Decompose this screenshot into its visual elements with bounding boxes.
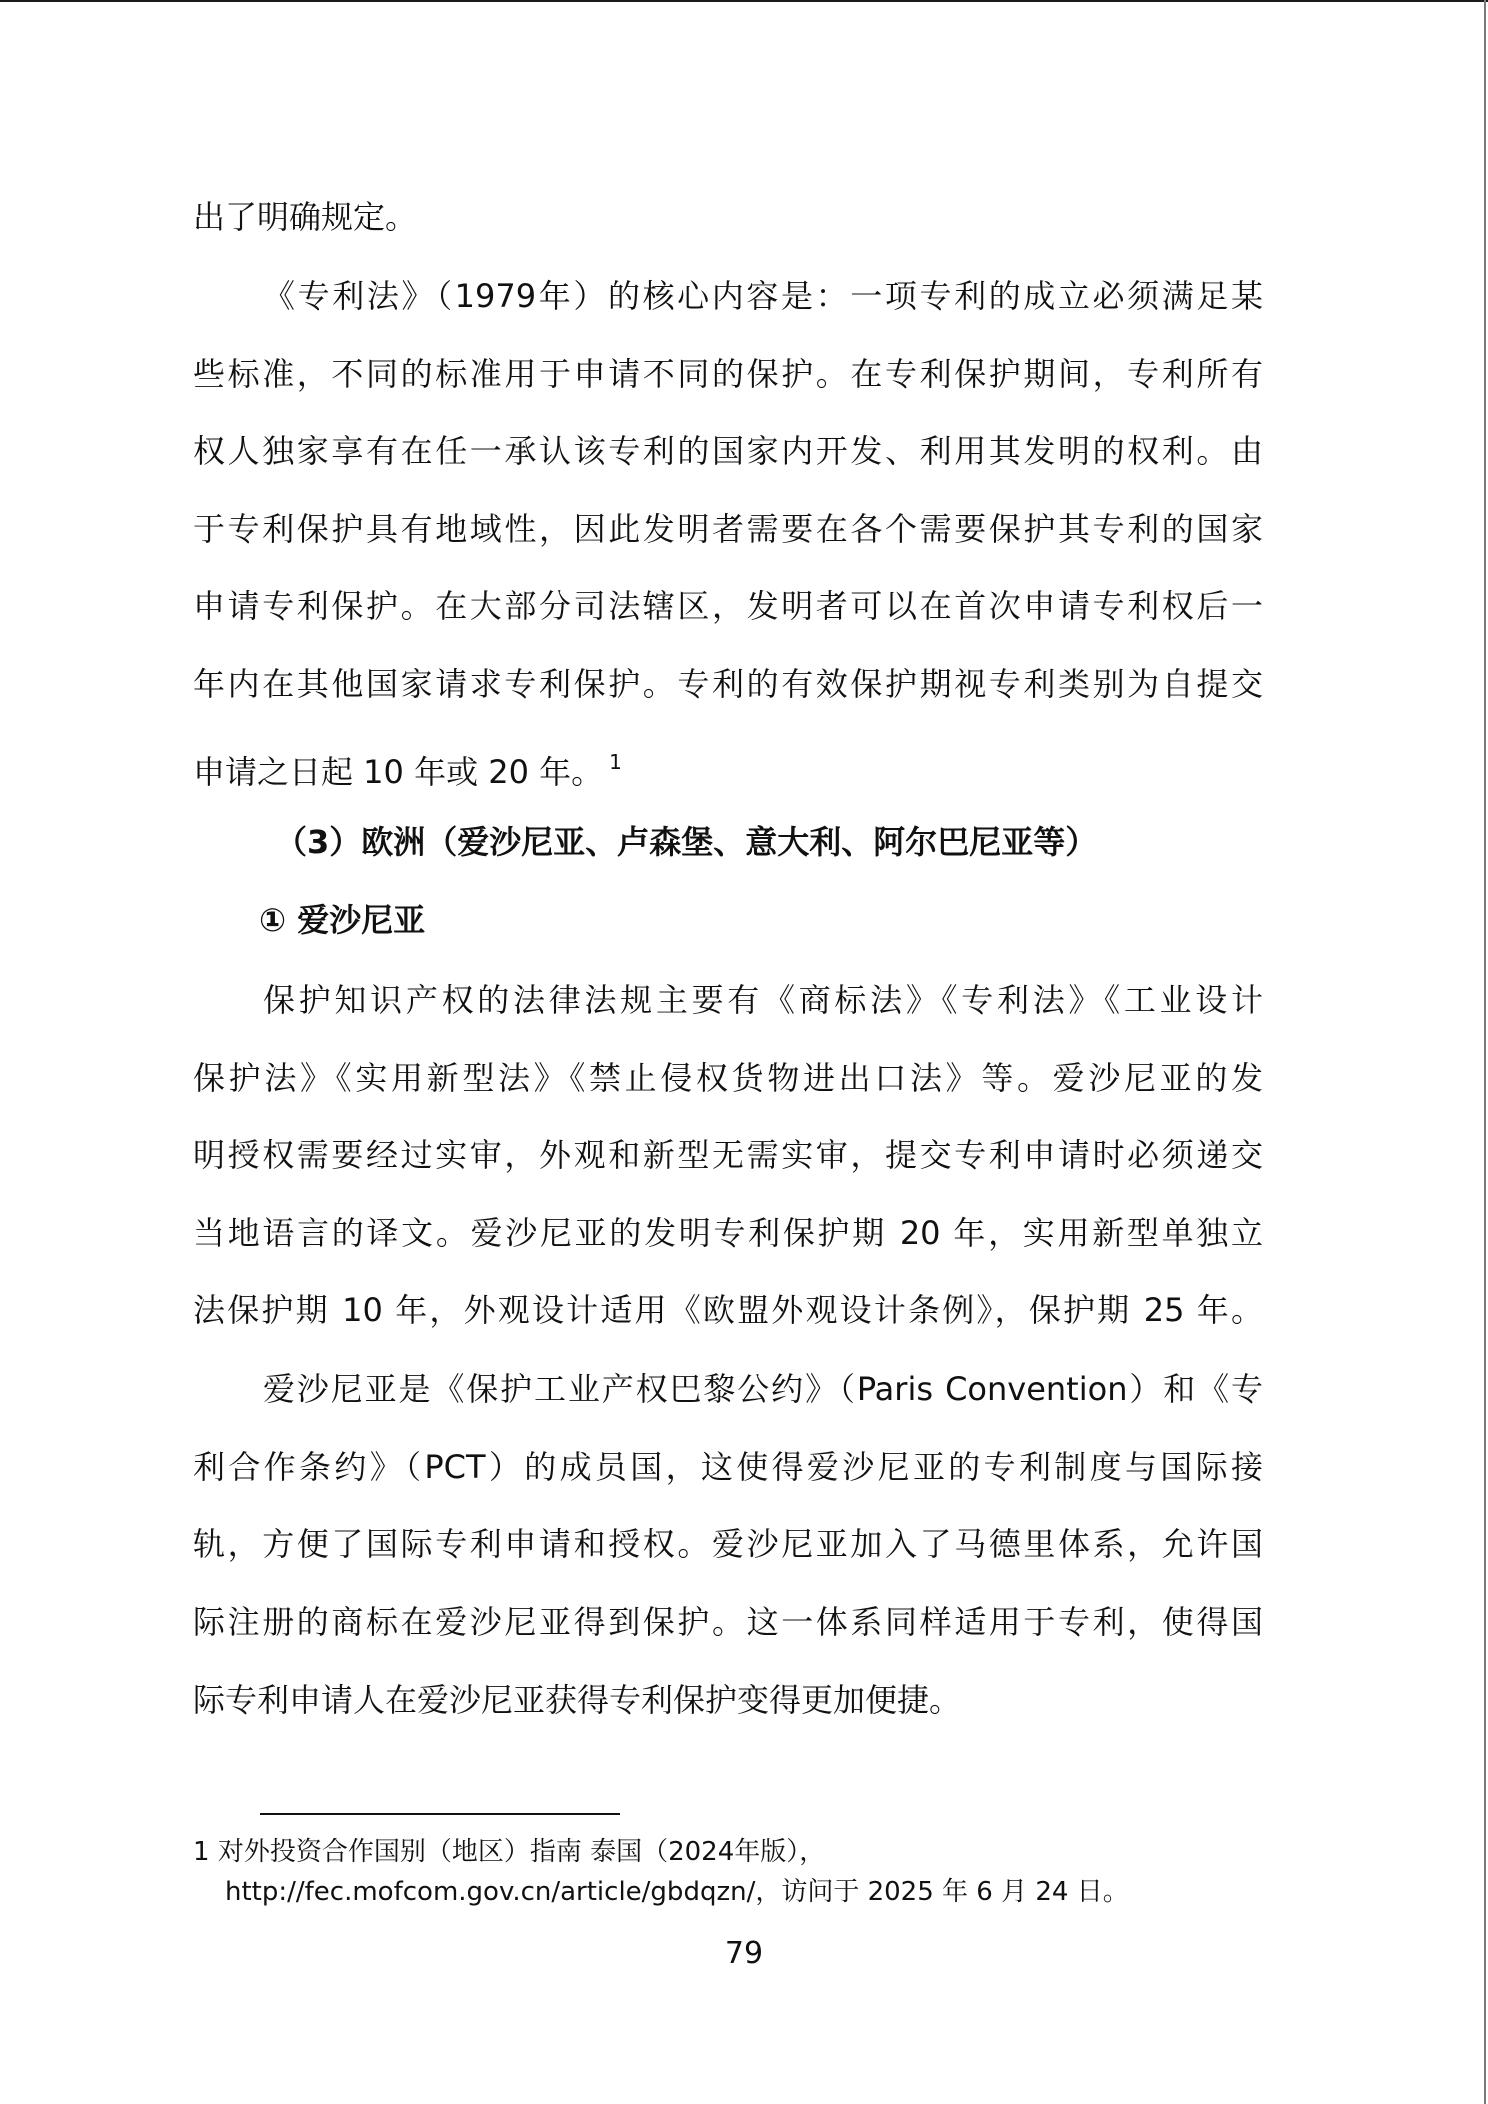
footnote-1-url-line[interactable]: http://fec.mofcom.gov.cn/article/gbdqzn/… xyxy=(225,1876,1129,1908)
paragraph-line: 爱沙尼亚是《保护工业产权巴黎公约》（Paris Convention）和《专 xyxy=(263,1369,1263,1409)
paragraph-line-text: 申请之日起 10 年或 20 年。 xyxy=(193,753,603,791)
paragraph-line: 明授权需要经过实审，外观和新型无需实审，提交专利申请时必须递交 xyxy=(193,1135,1263,1175)
paragraph-line: 年内在其他国家请求专利保护。专利的有效保护期视专利类别为自提交 xyxy=(193,664,1263,704)
section-heading-europe: （3）欧洲（爱沙尼亚、卢森堡、意大利、阿尔巴尼亚等） xyxy=(275,822,1097,862)
footnote-separator xyxy=(260,1813,620,1815)
paragraph-line: 申请专利保护。在大部分司法辖区，发明者可以在首次申请专利权后一 xyxy=(193,586,1263,626)
paragraph-line: 些标准，不同的标准用于申请不同的保护。在专利保护期间，专利所有 xyxy=(193,354,1263,394)
footnote-1: 1 对外投资合作国别（地区）指南 泰国（2024年版）， xyxy=(193,1836,825,1868)
page-right-border xyxy=(1484,0,1486,2104)
paragraph-line: 当地语言的译文。爱沙尼亚的发明专利保护期 20 年，实用新型单独立 xyxy=(193,1213,1263,1253)
paragraph-line: 际专利申请人在爱沙尼亚获得专利保护变得更加便捷。 xyxy=(193,1680,1263,1720)
subsection-heading-estonia: ① 爱沙尼亚 xyxy=(259,900,425,940)
paragraph-line: 《专利法》（1979年）的核心内容是：一项专利的成立必须满足某 xyxy=(263,276,1263,316)
paragraph-line: 际注册的商标在爱沙尼亚得到保护。这一体系同样适用于专利，使得国 xyxy=(193,1602,1263,1642)
footnote-reference[interactable]: 1 xyxy=(609,750,622,774)
footnote-number: 1 xyxy=(193,1837,210,1867)
paragraph-line: 权人独家享有在任一承认该专利的国家内开发、利用其发明的权利。由 xyxy=(193,431,1263,471)
paragraph-line: 法保护期 10 年，外观设计适用《欧盟外观设计条例》，保护期 25 年。 xyxy=(193,1290,1263,1330)
paragraph-last-line: 申请之日起 10 年或 20 年。1 xyxy=(193,742,1263,782)
footnote-text: 对外投资合作国别（地区）指南 泰国（2024年版）， xyxy=(218,1837,825,1867)
paragraph-line: 保护法》《实用新型法》《禁止侵权货物进出口法》等。爱沙尼亚的发 xyxy=(193,1058,1263,1098)
paragraph-continuation-line: 出了明确规定。 xyxy=(193,197,1263,237)
paragraph-line: 保护知识产权的法律法规主要有《商标法》《专利法》《工业设计 xyxy=(263,980,1263,1020)
paragraph-line: 于专利保护具有地域性，因此发明者需要在各个需要保护其专利的国家 xyxy=(193,509,1263,549)
paragraph-line: 利合作条约》（PCT）的成员国，这使得爱沙尼亚的专利制度与国际接 xyxy=(193,1447,1263,1487)
page-top-border xyxy=(0,0,1488,2)
paragraph-line: 轨，方便了国际专利申请和授权。爱沙尼亚加入了马德里体系，允许国 xyxy=(193,1524,1263,1564)
page-number: 79 xyxy=(0,1936,1488,1972)
